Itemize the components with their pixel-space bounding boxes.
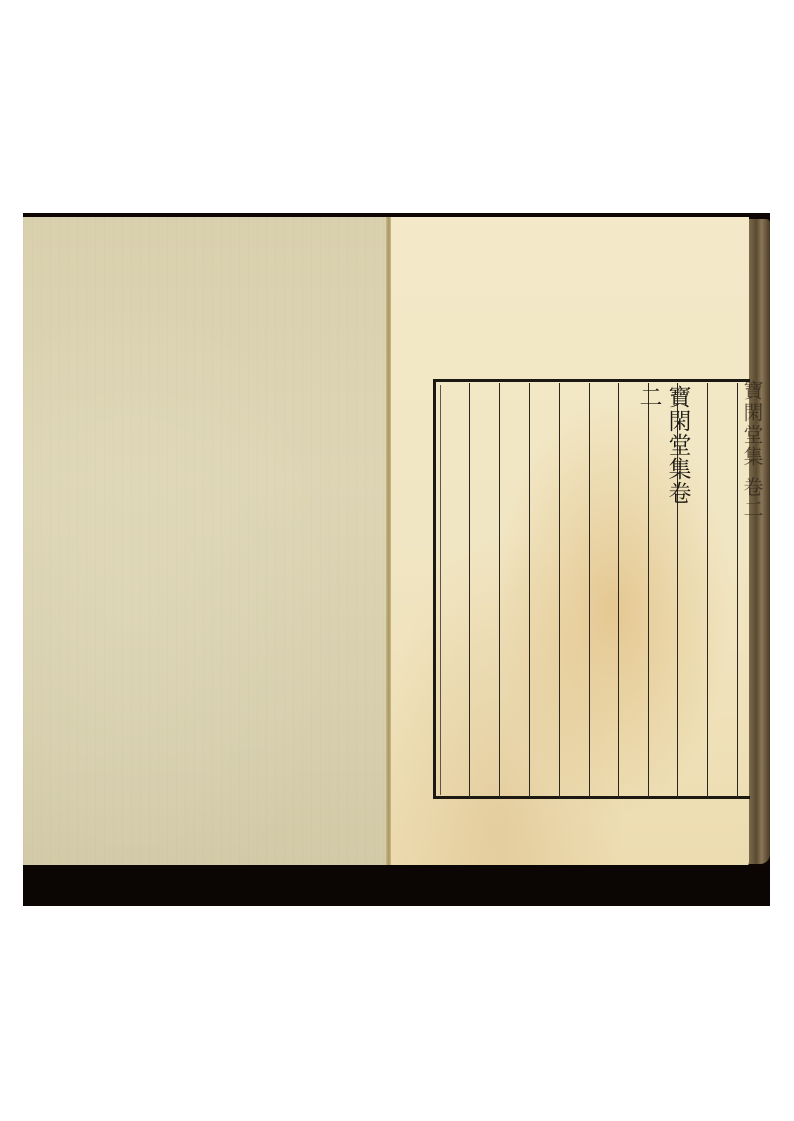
column-rule <box>707 383 708 798</box>
column-rule <box>618 383 619 798</box>
volume-title: 寶閑堂集卷二 <box>634 385 692 525</box>
scan-bottom-shadow <box>23 865 770 906</box>
fore-edge-of-next-leaves <box>749 219 770 864</box>
column-rule <box>529 383 530 798</box>
title-column: 寶閑堂集卷二 <box>648 385 677 525</box>
printed-frame-border <box>433 379 750 799</box>
left-page-blank <box>23 217 389 867</box>
column-rule <box>469 383 470 798</box>
column-rule <box>737 383 738 798</box>
column-rule <box>589 383 590 798</box>
frame-inner-line <box>440 385 441 795</box>
column-rule <box>559 383 560 798</box>
column-rule <box>499 383 500 798</box>
